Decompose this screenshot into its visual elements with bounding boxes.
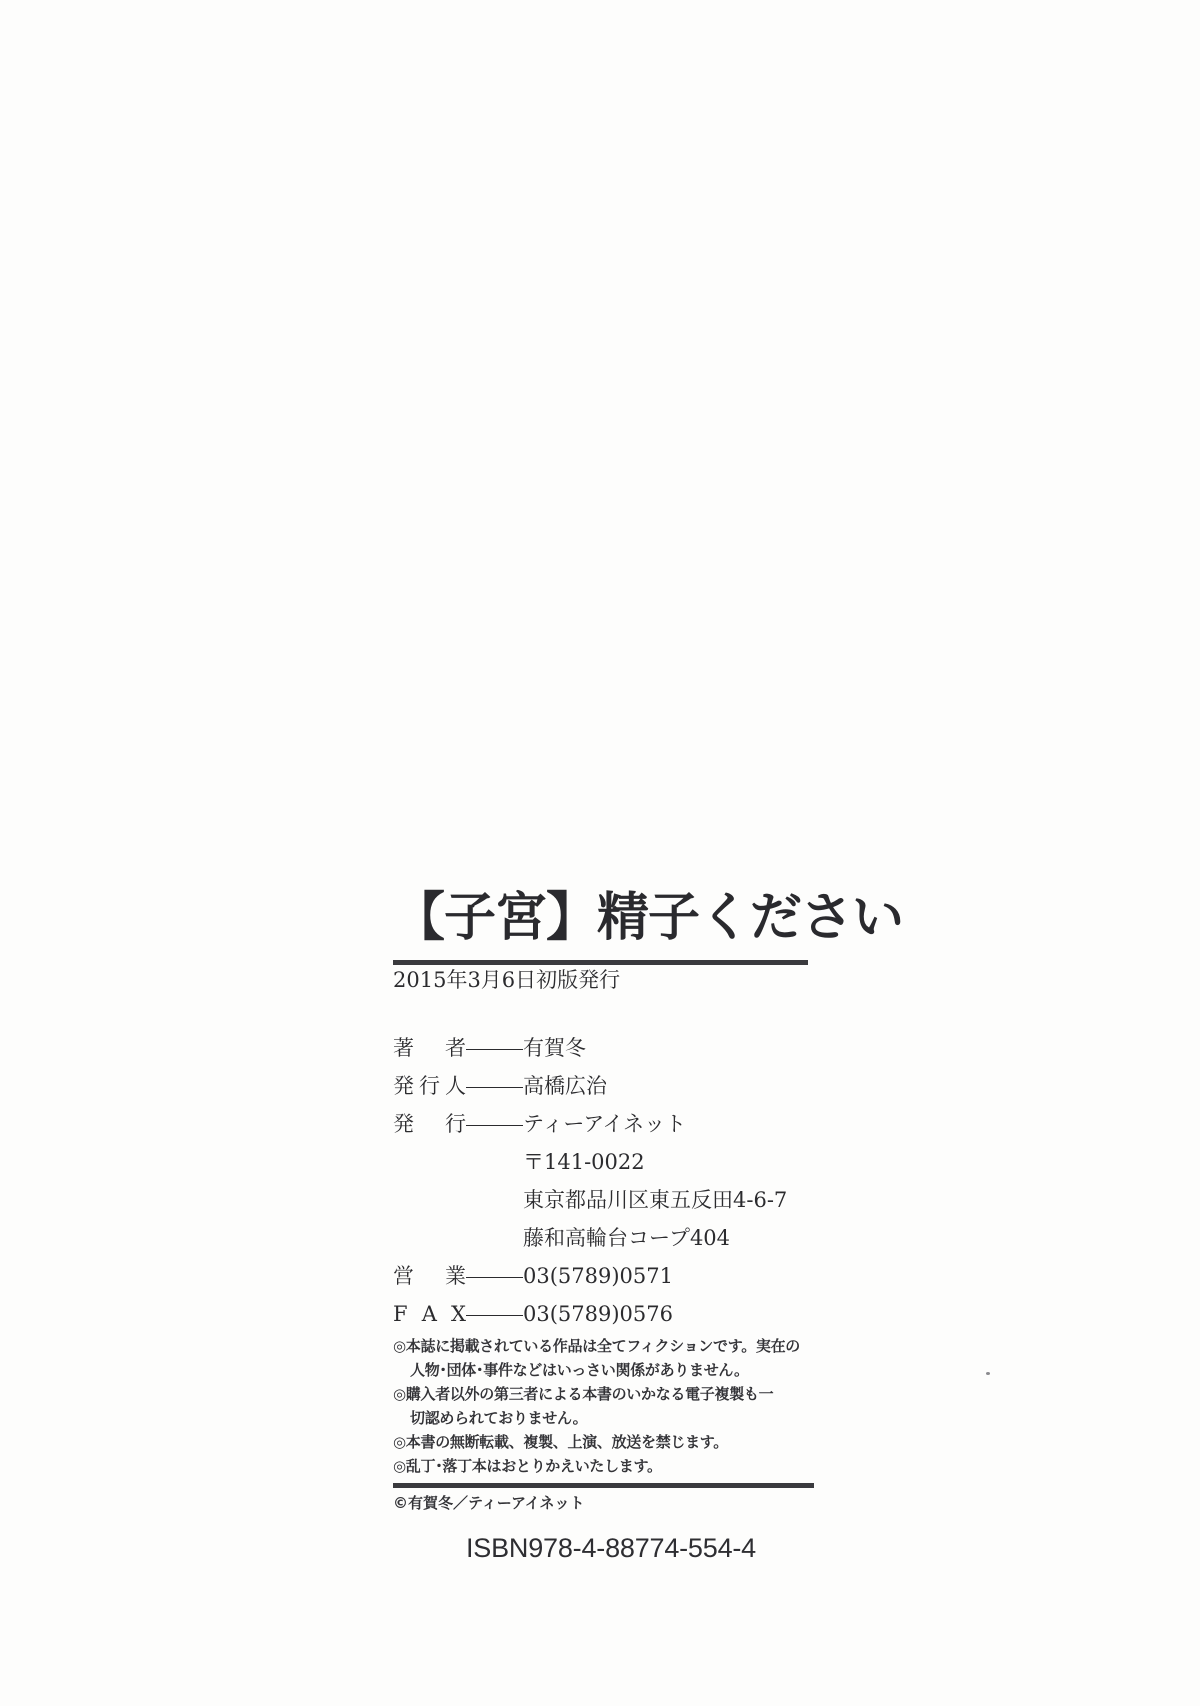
legal-notes: ◎本誌に掲載されている作品は全てフィクションです。実在の 人物･団体･事件などは… bbox=[393, 1334, 800, 1478]
credit-publisher: 発 行 ティーアイネット bbox=[393, 1105, 787, 1143]
credit-fax: F A X 03(5789)0576 bbox=[393, 1295, 787, 1333]
credit-value: 03(5789)0571 bbox=[523, 1257, 673, 1295]
credit-value: 有賀冬 bbox=[523, 1029, 586, 1067]
credit-sales-phone: 営 業 03(5789)0571 bbox=[393, 1257, 787, 1295]
note-line: ◎乱丁･落丁本はおとりかえいたします。 bbox=[393, 1454, 800, 1478]
leader-dash bbox=[466, 1277, 523, 1278]
leader-dash bbox=[466, 1125, 523, 1126]
credit-value: 〒141-0022 bbox=[523, 1143, 645, 1181]
book-title: 【子宮】精子ください bbox=[393, 888, 903, 948]
address-line-2: 藤和高輪台コープ404 bbox=[393, 1219, 787, 1257]
credits-list: 著 者 有賀冬 発行人 高橋広治 発 行 ティーアイネット 〒141-0022 … bbox=[393, 1029, 787, 1333]
footer-divider bbox=[393, 1483, 814, 1488]
credit-value: 藤和高輪台コープ404 bbox=[523, 1219, 730, 1257]
note-line: 人物･団体･事件などはいっさい関係がありません。 bbox=[393, 1358, 800, 1382]
credit-label: 著 者 bbox=[393, 1029, 466, 1067]
title-divider bbox=[393, 960, 808, 965]
leader-dash bbox=[466, 1315, 523, 1316]
credit-author: 著 者 有賀冬 bbox=[393, 1029, 787, 1067]
credit-label: F A X bbox=[393, 1295, 466, 1333]
note-line: ◎本書の無断転載、複製、上演、放送を禁じます。 bbox=[393, 1430, 800, 1454]
paper-speck bbox=[986, 1372, 990, 1375]
note-line: 切認められておりません。 bbox=[393, 1406, 800, 1430]
isbn: ISBN978-4-88774-554-4 bbox=[466, 1532, 756, 1564]
copyright-line: ©有賀冬／ティーアイネット bbox=[393, 1491, 585, 1515]
credit-value: 東京都品川区東五反田4-6-7 bbox=[523, 1181, 787, 1219]
edition-date: 2015年3月6日初版発行 bbox=[393, 966, 620, 994]
leader-dash bbox=[466, 1087, 523, 1088]
address-line-1: 東京都品川区東五反田4-6-7 bbox=[393, 1181, 787, 1219]
note-line: ◎購入者以外の第三者による本書のいかなる電子複製も一 bbox=[393, 1382, 800, 1406]
address-postal-code: 〒141-0022 bbox=[393, 1143, 787, 1181]
credit-value: ティーアイネット bbox=[523, 1105, 686, 1143]
credit-label: 営 業 bbox=[393, 1257, 466, 1295]
credit-publisher-person: 発行人 高橋広治 bbox=[393, 1067, 787, 1105]
leader-dash bbox=[466, 1049, 523, 1050]
credit-value: 高橋広治 bbox=[523, 1067, 607, 1105]
credit-label: 発 行 bbox=[393, 1105, 466, 1143]
credit-value: 03(5789)0576 bbox=[523, 1295, 673, 1333]
credit-label: 発行人 bbox=[393, 1067, 466, 1105]
note-line: ◎本誌に掲載されている作品は全てフィクションです。実在の bbox=[393, 1334, 800, 1358]
